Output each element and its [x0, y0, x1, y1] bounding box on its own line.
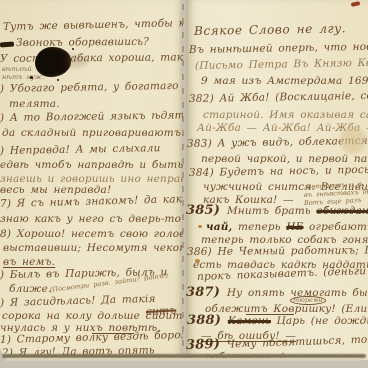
manuscript-line: (Письмо Петра Въ Князю Кесарю о: [195, 56, 368, 72]
stain-dot: [198, 225, 202, 228]
manuscript-line: ) Убогаго ребята, у богатаго: [0, 80, 179, 95]
manuscript-line: знаю какъ у него съ дверь-то отвор.: [0, 213, 183, 225]
manuscript-text: Царь (не дождикъ, а: [271, 315, 368, 327]
manuscript-line: первой чаркой, и первой па: [201, 153, 367, 165]
manuscript-line: стариной. Имя оказывая са: [203, 109, 368, 121]
manuscript-line: ) А то Вологжей языкъ ѣдятъ,: [0, 109, 183, 124]
ink-smear: [64, 55, 88, 68]
page-heading-line: Всякое Слово не лгу.: [194, 22, 346, 37]
ink-speck: [57, 79, 59, 81]
manuscript-line: 9 мая изъ Амстердама 1698 г.?: [201, 75, 368, 87]
manuscript-photo: Тутъ же вывѣшенъ, чтобы кому Звонокъ обо…: [0, 0, 368, 368]
manuscript-line: да складный приговариваютъ.: [2, 127, 183, 139]
manuscript-line: ) Я засидѣлась! Да такія: [0, 293, 156, 309]
interlinear-note: вѣтлѣй: [2, 66, 32, 73]
page-stack-edge: [5, 358, 361, 361]
interlinear-note: нѣтъ нуж.: [2, 74, 44, 81]
struck-word: Камень: [228, 315, 271, 327]
emphasized-word: чай,: [206, 221, 232, 233]
manuscript-line: У сосѣда табака хороша, така и: [0, 51, 183, 65]
manuscript-line: ближе.: [9, 283, 52, 295]
manuscript-line: Звонокъ оборвавшись?: [16, 36, 149, 49]
manuscript-line: 384) Будетъ на носъ, и просыпат: [189, 163, 368, 179]
struck-word: НЕ: [286, 221, 303, 233]
stain-spot: [340, 126, 366, 154]
manuscript-line: ) Неправда! А мы слыхали: [0, 142, 161, 157]
struck-word: обиждан: [316, 205, 368, 217]
ink-speck: [30, 76, 33, 79]
entry-number: 388): [187, 313, 228, 328]
entry-385-line: 385) Мнитъ брать обижданствуетъ: [186, 205, 368, 217]
manuscript-text: Мнитъ брать: [227, 205, 317, 217]
ink-speck: [72, 48, 74, 50]
left-page: Тутъ же вывѣшенъ, чтобы кому Звонокъ обо…: [0, 0, 183, 358]
manuscript-line: 382) Ай Жба! (Восклицаніе, со: [189, 90, 368, 105]
gutter-stitching: [182, 4, 184, 354]
stain-dot: [195, 259, 200, 263]
manuscript-text: огребаютъ: [304, 221, 368, 233]
manuscript-line: телята.: [9, 98, 60, 110]
manuscript-line: 386) Не Чемный работникъ; Глядишь: [187, 244, 368, 258]
entry-number: 387): [186, 285, 227, 300]
manuscript-line: Тутъ же вывѣшенъ, чтобы кому: [3, 17, 183, 33]
manuscript-line: едвѣ чтобъ направдѣ и быть, а: [0, 159, 183, 171]
manuscript-text: теперь: [232, 221, 286, 233]
scribble-mark: [0, 42, 14, 48]
manuscript-line: въ немъ.: [3, 256, 55, 268]
struck-word: ситъ: [146, 304, 177, 318]
manuscript-line: Въ нынѣшней оперѣ, что новаго оу: [189, 40, 368, 56]
manuscript-line: весь мы неправда!: [0, 184, 111, 196]
manuscript-line: 8) Хорошо! несетъ свою головку-то: [0, 228, 183, 240]
manuscript-line: выставивши; Несомутя чекотовъ: [3, 242, 183, 254]
manuscript-line: чай, теперь НЕ огребаютъ: [206, 221, 368, 233]
interlinear-note: тюремн: [290, 296, 326, 305]
entry-388-line: 388) Камень Царь (не дождикъ, а: [187, 315, 368, 327]
entry-387-line: 387) Ну опять чемогать быть попр: [186, 287, 368, 299]
entry-number: 385): [186, 203, 227, 218]
right-page: Всякое Слово не лгу. Въ нынѣшней оперѣ, …: [186, 0, 368, 360]
